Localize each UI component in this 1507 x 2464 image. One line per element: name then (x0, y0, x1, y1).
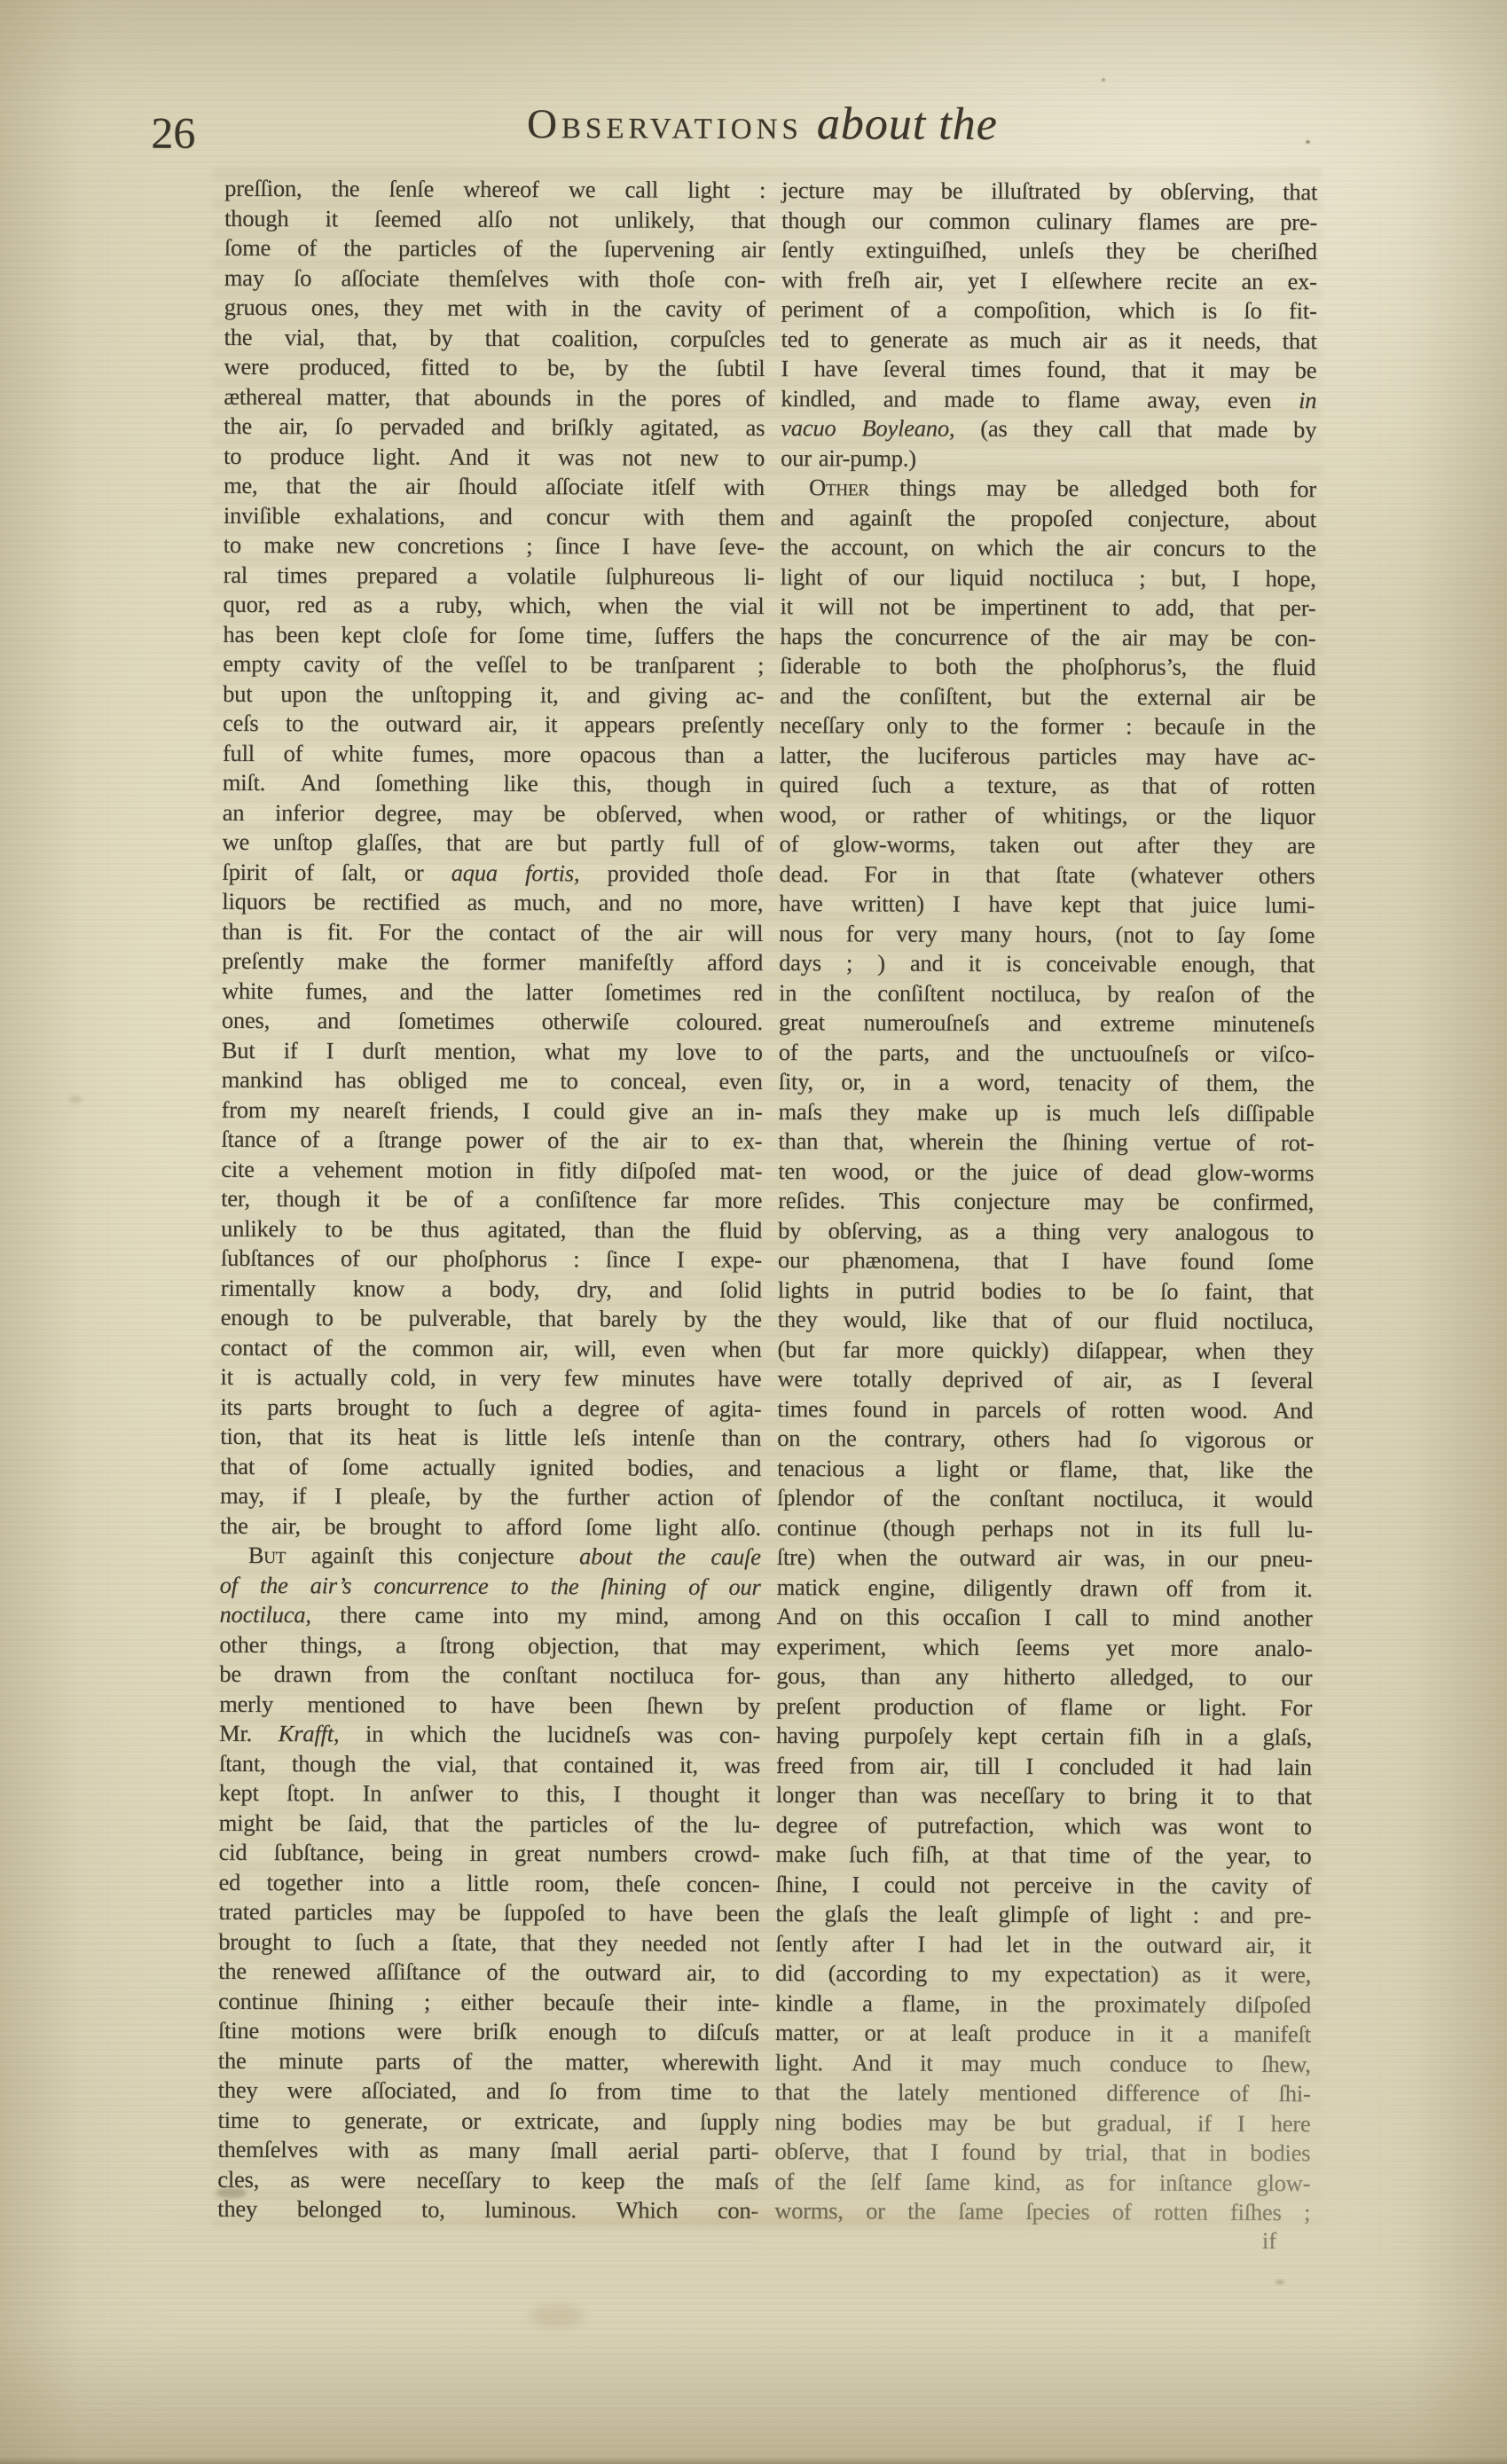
word: thing (1032, 1217, 1080, 1247)
word: longer (776, 1780, 836, 1810)
word: be (544, 799, 566, 829)
word: aſſociate (546, 472, 624, 502)
word: ſame (925, 2167, 970, 2197)
word: the (624, 918, 653, 948)
word: a (418, 1927, 428, 1958)
word: they (1213, 831, 1253, 861)
word: the (465, 977, 493, 1007)
word: which (410, 1720, 467, 1750)
word: of (452, 2046, 472, 2076)
word: light (687, 176, 730, 206)
word: to (1215, 2049, 1233, 2079)
word: extricate, (514, 2107, 600, 2137)
word: it, (679, 1750, 698, 1780)
word: it (1191, 356, 1204, 386)
word: for (1290, 475, 1316, 505)
word: belonged (297, 2194, 382, 2225)
word: found (961, 2138, 1016, 2168)
word: to (286, 709, 303, 739)
word: intenſe (632, 1423, 695, 1453)
text-line: theglaſstheleaſtglimpſeoflight:andpre- (775, 1899, 1311, 1931)
word: empty (223, 649, 280, 679)
word: ) (877, 948, 885, 978)
text-line: theybelongedto,luminous.Whichcon- (217, 2194, 758, 2226)
word: them (718, 502, 765, 532)
word: the (1286, 980, 1315, 1010)
word: ſtre) (777, 1542, 815, 1573)
word: it (1180, 1752, 1192, 1782)
word: on (840, 1602, 863, 1632)
word: of (891, 294, 910, 325)
word: fiſh (1128, 1722, 1160, 1752)
word: the (947, 503, 976, 533)
text-line: matickengine,diligentlydrawnofffromit. (777, 1573, 1313, 1605)
word: to (439, 1690, 457, 1720)
word: kept (977, 1722, 1016, 1752)
word: pores (671, 383, 721, 413)
word: may (986, 474, 1026, 504)
word: and (491, 412, 525, 443)
word: outward (386, 710, 462, 740)
word: ſometimes (398, 1007, 495, 1037)
word: light (1130, 1900, 1173, 1930)
word: room, (535, 1869, 590, 1899)
word: new (679, 443, 718, 473)
word: vial, (285, 323, 325, 353)
word: light (936, 1454, 978, 1484)
text-line: citeavehementmotioninfitlydiſpoſedmat- (221, 1154, 762, 1186)
word: have (652, 532, 695, 562)
text-line: ſentlyextinguiſhed,unleſstheybecheriſhed (781, 235, 1317, 267)
word: have (491, 1690, 534, 1720)
word: ſuch (871, 770, 911, 800)
word: them, (1206, 1069, 1259, 1099)
word: I (326, 1036, 334, 1066)
word: this, (546, 1779, 585, 1809)
word: ſolid (719, 1275, 762, 1305)
word: white (332, 739, 383, 769)
word: they (218, 2076, 258, 2106)
word: here (1271, 2109, 1311, 2139)
word: of (580, 918, 600, 948)
word: conſtant (502, 1660, 577, 1691)
word: for (1108, 2168, 1134, 2198)
word: ſiderable (780, 651, 860, 681)
word: rimentally (221, 1273, 316, 1303)
word: I (1237, 2108, 1245, 2138)
word: yet (968, 265, 996, 295)
word: outward (585, 1958, 662, 1988)
word: by (459, 1482, 482, 1512)
text-line: broughttoſuchaſtate,thattheyneedednot (218, 1926, 759, 1958)
word: trated (218, 1897, 271, 1927)
word: the (734, 1305, 762, 1335)
word: leſs (1167, 1098, 1199, 1128)
word: a (1228, 1722, 1238, 1753)
word: conſiſtent, (899, 681, 993, 711)
word: is (1046, 1098, 1061, 1128)
word: that, (1149, 1455, 1189, 1485)
word: bring (1128, 1781, 1177, 1811)
word: numerouſneſs (863, 1008, 989, 1038)
word: to (314, 1927, 332, 1958)
word: though (224, 203, 289, 233)
text-line: ſity,or,inaword,tenacityofthem,the (779, 1067, 1315, 1099)
word: ; (846, 948, 852, 978)
word: the (1286, 1069, 1315, 1099)
word: a (467, 561, 477, 591)
text-line: themſelveswithasmanyſmallaerialparti- (217, 2135, 758, 2167)
word: found (1180, 1247, 1234, 1277)
word: if (284, 1036, 298, 1066)
word: to (950, 1959, 968, 1989)
word: manifeſt (1234, 2020, 1311, 2050)
word: ſhew, (1261, 2049, 1311, 2079)
word: a (399, 591, 410, 621)
text-line: ſtinemotionswerebriſkenoughtodiſcuſs (218, 2016, 759, 2048)
word: agita- (709, 1393, 761, 1424)
word: air (642, 1126, 666, 1157)
word: its (220, 1392, 242, 1422)
word: brought (369, 1511, 441, 1542)
text-line: ofglow-worms,takenoutaftertheyare (780, 829, 1315, 861)
word: tenacious (777, 1454, 864, 1484)
word: I (781, 354, 789, 384)
word: or (866, 2196, 885, 2226)
word: preſently (222, 946, 304, 977)
word: ten (778, 1157, 806, 1187)
word: rot- (1281, 1128, 1315, 1158)
word: my (992, 1959, 1022, 1989)
word: vertue (1153, 1128, 1211, 1158)
text-line: ourphænomena,thatIhavefoundſome (778, 1245, 1314, 1277)
word: alledged, (1110, 1662, 1194, 1692)
word: make (337, 946, 388, 977)
word: account, (831, 532, 909, 562)
word: when (711, 1334, 762, 1364)
word: of (220, 1570, 238, 1600)
text-line: ſtanceofaſtrangepoweroftheairtoex- (221, 1125, 762, 1157)
word: matter, (326, 382, 390, 412)
word: red (297, 590, 326, 620)
word: by (1293, 415, 1316, 445)
text-line: reſides.Thisconjecturemaybeconfirmed, (778, 1186, 1314, 1218)
word: the (775, 1899, 804, 1929)
word: to (741, 2077, 758, 2107)
word: fitted (420, 353, 469, 383)
word: were (396, 2017, 442, 2047)
word: my (290, 1095, 320, 1126)
word: to (1296, 1218, 1314, 1248)
word: many (961, 919, 1012, 949)
word: dry, (577, 1275, 612, 1305)
word: as (949, 1216, 969, 1246)
word: the (591, 1126, 619, 1156)
text-line: days;)anditisconceivableenough,that (779, 948, 1315, 980)
word: air, (271, 1511, 301, 1542)
word: contact (489, 917, 555, 947)
word: ſame (958, 2197, 1003, 2227)
word: of (1054, 1365, 1073, 1395)
word: concluded (1059, 1752, 1154, 1782)
word: that (1132, 355, 1166, 385)
word: of (341, 1244, 360, 1274)
word: as (419, 2136, 438, 2166)
word: the (382, 1749, 411, 1779)
word: inferior (275, 798, 344, 828)
word: that (1283, 326, 1317, 357)
word: than (594, 1215, 634, 1245)
word: ſhining (600, 1572, 666, 1602)
text-line: andtheconſiſtent,buttheexternalairbe (780, 681, 1315, 713)
word: are (1287, 831, 1315, 861)
word: other (219, 1629, 267, 1660)
word: (whatever (1131, 860, 1223, 891)
text-line: nousforverymanyhours,(nottoſayſome (779, 919, 1315, 951)
word: the (824, 1038, 852, 1068)
text-line: greatnumerouſneſsandextrememinuteneſs (779, 1008, 1315, 1040)
word: unſtopping (412, 679, 512, 710)
word: ſtate, (451, 1927, 497, 1958)
word: which, (509, 591, 571, 621)
word: ral (224, 560, 247, 590)
word: unlikely (221, 1213, 296, 1244)
word: the (823, 978, 852, 1008)
word: further (567, 1482, 630, 1512)
word: parts (375, 2046, 420, 2076)
word: air (1082, 326, 1106, 356)
word: more (714, 1186, 762, 1216)
word: a (1198, 2020, 1209, 2050)
word: only (886, 710, 927, 741)
text-line: enoughtobepulverable,thatbarelybythe (221, 1303, 762, 1335)
word: more, (710, 889, 763, 919)
word: to (747, 443, 765, 473)
word: partly (610, 828, 664, 859)
word: or (865, 800, 884, 830)
text-line: jecturemaybeilluſtratedbyobſerving,that (781, 176, 1317, 208)
text-line: toproducelight.Anditwasnotnewto (224, 441, 765, 473)
word: be (590, 650, 612, 680)
word: Which (616, 2195, 678, 2225)
word: the (844, 622, 873, 652)
word: objection, (528, 1631, 619, 1661)
word: at (972, 1840, 989, 1871)
word: lu- (1287, 1515, 1313, 1545)
word: ; (757, 651, 764, 681)
word: be (219, 1660, 241, 1690)
word: of (1159, 1069, 1179, 1099)
text-line: havewritten)Ihavekeptthatjuicelumi- (779, 889, 1315, 921)
word: preſently (682, 710, 765, 741)
word: quor, (223, 590, 270, 620)
text-line: tomakenewconcretions;ſinceIhaveſeve- (224, 530, 765, 562)
text-line: theywould,likethatofourfluidnoctiluca, (778, 1305, 1314, 1337)
word: anſwer (410, 1779, 473, 1809)
word: jecture (781, 176, 844, 206)
text-line: itisactuallycold,inveryfewminuteshave (220, 1362, 761, 1394)
word: parts (267, 1393, 312, 1423)
word: an (1241, 266, 1263, 296)
word: in (571, 294, 589, 324)
word: a (862, 1989, 873, 2019)
word: full (1228, 1514, 1260, 1544)
word: I (1232, 563, 1240, 593)
word: much (1009, 325, 1061, 355)
word: add, (1155, 593, 1194, 624)
word: quired (780, 770, 839, 800)
word: tranſparent (635, 650, 735, 680)
text-line: noctiluca,therecameintomymind,among (219, 1600, 760, 1632)
word: air (405, 472, 429, 502)
word: kind, (994, 2167, 1041, 2197)
word: were (287, 2076, 333, 2106)
word: of (313, 1333, 333, 1363)
text-line: tratedparticlesmaybeſuppoſedtohavebeen (218, 1897, 759, 1929)
word: that (538, 1304, 573, 1334)
word: but, (1171, 563, 1206, 593)
word: like (1220, 1455, 1254, 1485)
word: though (781, 206, 846, 236)
word: to (499, 353, 517, 383)
word: was (724, 1750, 760, 1780)
word: afford (506, 1511, 561, 1542)
word: coloured. (676, 1008, 763, 1038)
word: unlikely, (615, 205, 695, 235)
word: in (1185, 1722, 1203, 1753)
word: times (971, 355, 1022, 385)
word: much (1030, 2049, 1081, 2079)
word: ſubſtances (221, 1244, 315, 1274)
word: noctiluca, (991, 978, 1081, 1008)
word: that (985, 859, 1020, 890)
word: periment (781, 294, 864, 325)
text-line: tion,thatitsheatislittleleſsintenſethan (220, 1422, 761, 1454)
word: contact (221, 1332, 287, 1362)
word: culinary (1036, 207, 1111, 237)
word: flames (1138, 207, 1200, 237)
word: the (679, 1809, 708, 1840)
word: with (781, 265, 822, 295)
word: I (1062, 1246, 1070, 1276)
word: Boyleano, (861, 413, 954, 443)
word: lucidneſs (547, 1720, 631, 1750)
word: the (436, 917, 464, 947)
word: a (995, 1216, 1006, 1246)
word: times (277, 561, 327, 591)
text-line: matter,oratleaſtproduceinitamanifeſt (775, 2018, 1311, 2050)
word: than (778, 1126, 818, 1157)
word: pneu- (1260, 1544, 1312, 1574)
text-line: ſtant,thoughthevial,thatcontainedit,was (219, 1748, 760, 1780)
word: fluid (718, 1215, 762, 1245)
word: my (618, 1037, 648, 1067)
word: had (1078, 1424, 1111, 1455)
word: the (828, 1424, 857, 1454)
word: on (931, 533, 954, 563)
word: becauſe (1154, 712, 1225, 742)
word: the (843, 681, 871, 711)
word: though (292, 1749, 357, 1779)
word: the (420, 947, 449, 977)
running-title: Observationsabout the (225, 96, 1299, 152)
word: the (505, 2046, 533, 2076)
word: body, (489, 1274, 539, 1304)
text-line: Butagainſtthisconjectureaboutthecauſe (220, 1541, 761, 1573)
word: fumes, (305, 977, 367, 1007)
word: of (382, 650, 402, 680)
word: I (677, 1245, 685, 1275)
word: tion, (220, 1422, 262, 1452)
word: conjecture (458, 1542, 553, 1572)
text-line: theminutepartsofthematter,wherewith (218, 2045, 759, 2077)
word: had (949, 1929, 983, 1959)
word: freed (776, 1751, 824, 1781)
word: : (573, 1244, 579, 1275)
word: it (747, 1780, 759, 1810)
text-line: ſiderabletoboththephoſphorus’s,thefluid (780, 651, 1315, 683)
word: provided (607, 859, 689, 889)
text-line: cles,aswereneceſſarytokeepthemaſs (217, 2164, 758, 2196)
word: air, (920, 1751, 949, 1781)
word: that (1220, 593, 1254, 624)
word: ſo (549, 2076, 567, 2107)
text-line: kindled,andmadetoflameaway,evenin (781, 384, 1316, 416)
word: matick (777, 1573, 840, 1603)
word: concretions (397, 531, 504, 561)
word: leaſt (951, 2019, 991, 2049)
text-line: ſomeoftheparticlesoftheſuperveningair (224, 233, 765, 265)
word: the (818, 2167, 846, 2197)
text-line: ter,thoughitbeofaconſiſtencefarmore (221, 1184, 762, 1216)
word: even (641, 1334, 685, 1364)
word: preſent (776, 1691, 840, 1722)
word: illuſtrated (991, 177, 1080, 207)
word: leſs (574, 1423, 606, 1453)
word: luciferous (917, 741, 1009, 771)
word: of (503, 234, 522, 264)
word: extreme (1100, 1008, 1174, 1039)
word: expectation) (1044, 1959, 1158, 1989)
text-line: emptycavityoftheveſſeltobetranſparent; (223, 649, 764, 681)
word: I (1213, 1366, 1221, 1396)
word: ſently (781, 235, 834, 265)
word: This (879, 1186, 920, 1216)
word: that (520, 1928, 554, 1958)
word: make (776, 1840, 827, 1870)
word: the (781, 532, 809, 562)
word: into (492, 1601, 529, 1631)
word: viſco- (1260, 1039, 1315, 1069)
word: power (466, 1126, 523, 1156)
word: neceſſary (416, 2165, 500, 2195)
word: when (1195, 1336, 1245, 1366)
word: to, (421, 2195, 445, 2225)
word: been (276, 620, 319, 650)
word: dead (1127, 1157, 1171, 1188)
word: it (326, 204, 338, 234)
word: could (553, 1096, 605, 1126)
word: the (959, 1157, 987, 1187)
text-line: thanisfit.Forthecontactoftheairwill (222, 916, 763, 948)
word: glimpſe (998, 1900, 1069, 1930)
word: and (781, 503, 814, 533)
word: the (224, 322, 252, 352)
word: was (1151, 1811, 1188, 1841)
word: of (1083, 1157, 1103, 1188)
word: by (1109, 177, 1132, 207)
word: others (1259, 860, 1315, 891)
